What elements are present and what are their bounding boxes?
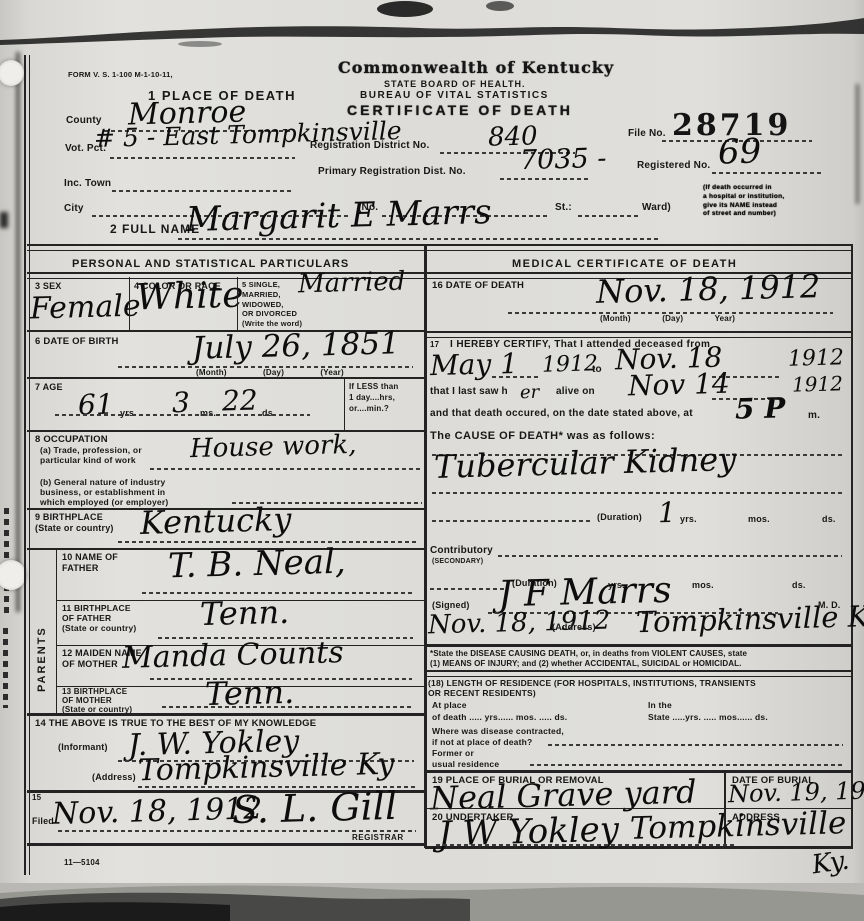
registered-no-label: Registered No. xyxy=(637,160,710,172)
contributory-fill-line xyxy=(498,555,842,557)
inc-town-label: Inc. Town xyxy=(64,178,111,190)
residence-contracted: Where was disease contracted, if not at … xyxy=(432,726,564,749)
cause-duration-years: 1 xyxy=(658,496,677,529)
left-border-inner xyxy=(29,55,30,875)
residence-contracted-fill-line xyxy=(548,744,843,746)
last-saw-value: Nov 14 xyxy=(628,367,731,403)
father-name-label: 10 NAME OF FATHER xyxy=(62,552,118,574)
bureau-line: BUREAU OF VITAL STATISTICS xyxy=(360,90,549,102)
informant-label: (Informant) xyxy=(58,742,108,753)
parents-vertical-label: PARENTS xyxy=(36,572,48,692)
left-tick-marks xyxy=(0,212,8,228)
marital-label: 5 SINGLE, MARRIED, WIDOWED, OR DIVORCED … xyxy=(242,280,302,329)
footer-code: 11—5104 xyxy=(64,858,100,868)
left-column-bottom-rule xyxy=(27,843,425,846)
registered-no-value: 69 xyxy=(717,131,761,172)
death-date-value: Nov. 18, 1912 xyxy=(596,267,821,311)
undertaker-fill-line xyxy=(436,844,736,846)
cause-yrs-label: yrs. xyxy=(680,514,697,525)
registration-district-label: Registration District No. xyxy=(310,140,429,152)
full-name-value: Margarit E Marrs xyxy=(186,192,493,240)
cause-label: The CAUSE OF DEATH* was as follows: xyxy=(430,430,655,443)
occupation-a-label: (a) Trade, profession, or particular kin… xyxy=(40,445,142,465)
last-saw-pronoun: er xyxy=(520,382,540,403)
right-edge-mark xyxy=(856,84,859,204)
residence-in-state: In the State .....yrs. ..... mos...... d… xyxy=(648,700,768,724)
occupation-a-fill-line xyxy=(150,468,422,470)
primary-registration-label: Primary Registration Dist. No. xyxy=(318,166,466,178)
filed-number-label: 15 xyxy=(32,793,41,803)
occupation-a-value: House work, xyxy=(190,430,357,464)
death-date-captions: (Month) (Day) Year) xyxy=(600,314,735,324)
signed-address-value: Tompkinsville Ky xyxy=(636,599,864,639)
cause-footnote: *State the DISEASE CAUSING DEATH, or, in… xyxy=(430,649,747,670)
death-date-bottom-rule xyxy=(425,331,853,338)
cause-ds-label: ds. xyxy=(822,514,836,525)
age-fill-line xyxy=(55,414,310,416)
bottom-scan-artifact xyxy=(0,871,864,921)
commonwealth-title: Commonwealth of Kentucky xyxy=(338,58,614,77)
registrar-label: REGISTRAR xyxy=(352,833,404,843)
father-name-value: T. B. Neal, xyxy=(168,542,347,587)
marital-value: Married xyxy=(298,267,406,300)
left-edge-shade xyxy=(16,52,20,612)
undertaker-address-value: Tompkinsville xyxy=(630,805,847,847)
columns-top-rule xyxy=(27,244,853,251)
attended-from-fill-line xyxy=(492,376,540,378)
ward-label: Ward) xyxy=(642,202,671,214)
mother-birthplace-label: 13 BIRTHPLACE OF MOTHER (State or countr… xyxy=(62,687,132,715)
burial-top-rule xyxy=(425,770,853,773)
father-birthplace-label: 11 BIRTHPLACE OF FATHER (State or countr… xyxy=(62,603,136,634)
death-meridian-label: m. xyxy=(808,410,820,422)
residence-at-place: At place of death ..... yrs...... mos. .… xyxy=(432,700,567,724)
hole-punch-bottom xyxy=(0,560,26,590)
birthplace-label: 9 BIRTHPLACE (State or country) xyxy=(35,512,114,534)
death-occurred-statement: and that death occured, on the date stat… xyxy=(430,408,693,420)
precinct-fill-line xyxy=(110,157,295,159)
contributory-duration-fill-line xyxy=(430,588,508,590)
burial-date-value: Nov. 19, 1912 xyxy=(728,776,864,808)
city-label: City xyxy=(64,203,84,215)
filed-fill-line xyxy=(58,830,416,832)
last-saw-prefix: that I last saw h xyxy=(430,386,508,398)
age-less-than-label: If LESS than 1 day....hrs, or....min.? xyxy=(349,381,399,415)
filed-label: Filed xyxy=(32,816,54,827)
parents-strip-divider xyxy=(56,548,57,713)
residence-former-fill-line xyxy=(530,764,842,766)
age-less-divider xyxy=(344,377,345,430)
cause-value: Tubercular Kidney xyxy=(434,440,737,486)
street-label: St.: xyxy=(555,202,572,214)
undertaker-address-value-2: Ky. xyxy=(810,846,851,881)
footnote-bottom-rule xyxy=(425,670,853,677)
contributory-label: Contributory xyxy=(430,545,493,557)
cause-duration-label: (Duration) xyxy=(597,512,642,523)
state-board-line: STATE BOARD OF HEALTH. xyxy=(384,79,526,90)
residence-header: (18) LENGTH OF RESIDENCE (FOR HOSPITALS,… xyxy=(428,678,756,698)
death-time-value: 5 P xyxy=(735,391,786,425)
death-date-label: 16 DATE OF DEATH xyxy=(432,280,524,291)
sex-value: Female xyxy=(30,289,142,327)
left-border-outer xyxy=(24,55,26,875)
parents-bottom-rule xyxy=(27,713,425,716)
birth-date-label: 6 DATE OF BIRTH xyxy=(35,336,119,347)
informant-address-label: (Address) xyxy=(92,772,136,783)
cause-fill-line-3 xyxy=(432,520,592,522)
left-margin-fine-print-2 xyxy=(3,628,8,708)
signed-address-label: (Address) xyxy=(552,622,596,633)
birth-date-value: July 26, 1851 xyxy=(192,325,401,366)
hole-punch-top xyxy=(0,60,24,86)
inc-town-fill-line xyxy=(112,190,292,192)
contributory-secondary-label: (SECONDARY) xyxy=(432,558,483,566)
attended-to-label: to xyxy=(592,364,602,376)
contributory-mos-label: mos. xyxy=(692,580,714,591)
age-bottom-rule xyxy=(27,430,425,432)
primary-registration-value: 7035 - xyxy=(520,143,607,176)
registrar-signature: S. L. Gill xyxy=(231,784,397,832)
undertaker-value: J W Yokley xyxy=(438,810,620,855)
birthplace-value: Kentucky xyxy=(140,500,292,542)
top-scan-artifact xyxy=(0,0,864,52)
cause-mos-label: mos. xyxy=(748,514,770,525)
attended-to-year: 1912 xyxy=(788,345,845,371)
cause-fill-line-2 xyxy=(432,492,842,494)
informant-address-value: Tompkinsville Ky xyxy=(138,747,395,789)
death-certificate-scan: FORM V. S. 1-100 M-1-10-11, Commonwealth… xyxy=(0,0,864,921)
contributory-ds-label: ds. xyxy=(792,580,806,591)
primary-registration-fill-line xyxy=(500,178,590,180)
residence-former: Former or usual residence xyxy=(432,748,499,771)
file-no-label: File No. xyxy=(628,128,666,140)
race-marital-divider xyxy=(237,277,238,330)
footnote-top-rule xyxy=(425,644,853,647)
mother-maiden-value: Manda Counts xyxy=(122,635,345,676)
street-fill-line xyxy=(578,215,638,217)
hospital-note: (If death occurred in a hospital or inst… xyxy=(703,184,853,219)
age-years-value: 61 xyxy=(78,388,114,422)
father-birthplace-value: Tenn. xyxy=(200,593,290,633)
birth-date-bottom-rule xyxy=(27,377,425,379)
mother-birthplace-fill-line xyxy=(162,706,412,708)
last-saw-suffix: alive on xyxy=(556,386,595,398)
form-code: FORM V. S. 1-100 M-1-10-11, xyxy=(68,70,173,79)
attended-from-year: 1912 xyxy=(542,351,599,377)
sex-race-divider xyxy=(129,277,130,330)
age-label: 7 AGE xyxy=(35,382,63,393)
race-value: White xyxy=(135,275,244,319)
age-days-value: 22 xyxy=(222,384,258,418)
occupation-label: 8 OCCUPATION xyxy=(35,434,108,445)
last-saw-year: 1912 xyxy=(792,371,844,396)
